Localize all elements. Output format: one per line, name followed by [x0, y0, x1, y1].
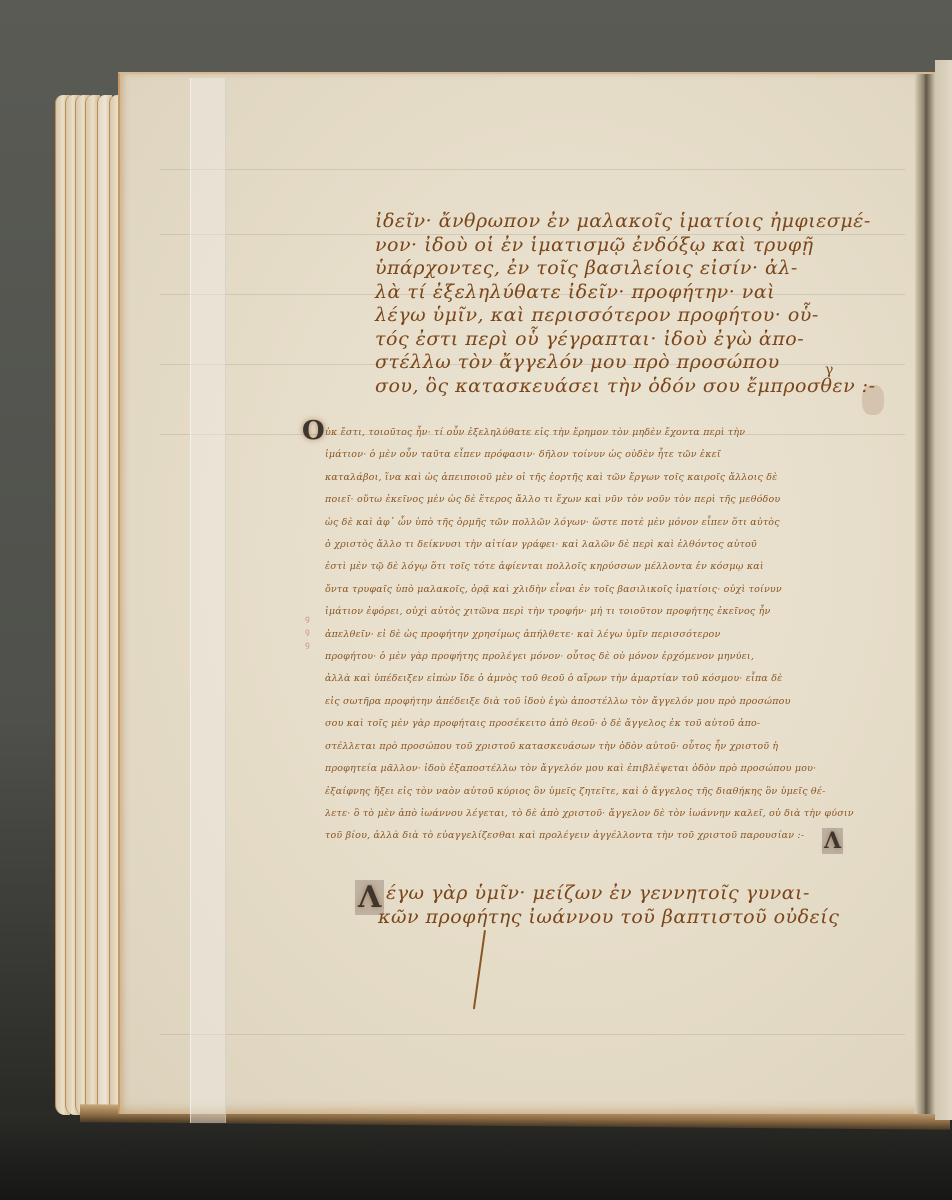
- commentary-line: προφήτου· ὁ μὲν γὰρ προφήτης προλέγει μό…: [325, 646, 855, 668]
- commentary-line: ὡς δὲ καὶ ἀφ᾽ ὧν ὑπὸ τῆς ὁρμῆς τῶν πολλῶ…: [325, 512, 855, 534]
- marginal-initial-lambda: Λ: [822, 828, 843, 854]
- commentary-line: στέλλεται πρὸ προσώπου τοῦ χριστοῦ κατασ…: [325, 736, 855, 758]
- commentary-line: λετε· ὃ τὸ μὲν ἀπὸ ἰωάννου λέγεται, τὸ δ…: [325, 803, 855, 825]
- lemma-line: κῶν προφήτης ἰωάννου τοῦ βαπτιστοῦ οὐδεί…: [378, 906, 848, 930]
- commentary-block: ὐκ ἔστι, τοιοῦτος ἦν· τί οὖν ἐξεληλύθατε…: [325, 422, 855, 848]
- lemma-line: στέλλω τὸν ἄγγελόν μου πρὸ προσώπου: [375, 351, 845, 375]
- lemma-bottom: έγω γὰρ ὑμῖν· μείζων ἐν γεννητοῖς γυναι-…: [378, 882, 848, 929]
- lemma-top: ἰδεῖν· ἄνθρωπον ἐν μαλακοῖς ἱματίοις ἠμφ…: [375, 210, 845, 398]
- commentary-line: ὁ χριστὸς ἄλλο τι δείκνυσι τὴν αἰτίαν γρ…: [325, 534, 855, 556]
- commentary-line: ἐστὶ μὲν τῷ δὲ λόγῳ ὅτι τοῖς τότε ἀφίεντ…: [325, 556, 855, 578]
- rubric-note: ꝯ: [305, 638, 310, 651]
- decorated-initial-omicron: Ο: [302, 416, 325, 446]
- binding-gutter: [915, 74, 935, 1114]
- commentary-line: ἰμάτιον· ὁ μὲν οὖν ταῦτα εἶπεν πρόφασιν·…: [325, 444, 855, 466]
- facing-leaf-edge: [935, 60, 952, 1120]
- lemma-line: λὰ τί ἐξεληλύθατε ἰδεῖν· προφήτην· ναὶ: [375, 281, 845, 305]
- commentary-line: ἀλλὰ καὶ ὑπέδειξεν εἰπὼν ἴδε ὁ ἀμνὸς τοῦ…: [325, 668, 855, 690]
- faded-rubric-notes: ꝯ ꝯ ꝯ: [305, 612, 310, 651]
- lemma-line: λέγω ὑμῖν, καὶ περισσότερον προφήτου· οὗ…: [375, 304, 845, 328]
- commentary-line: εἰς σωτῆρα προφήτην ἀπέδειξε διὰ τοῦ ἰδο…: [325, 691, 855, 713]
- commentary-line: καταλάβοι, ἵνα καὶ ὡς ἀπειποιοῦ μὲν οἱ τ…: [325, 467, 855, 489]
- margin-mark: γ: [825, 362, 833, 378]
- repair-tape-strip: [190, 78, 226, 1123]
- commentary-line: ἐξαίφνης ἥξει εἰς τὸν ναὸν αὐτοῦ κύριος …: [325, 781, 855, 803]
- commentary-line: προφητεία μᾶλλον· ἰδοὺ ἐξαποστέλλω τὸν ἄ…: [325, 758, 855, 780]
- lemma-line: έγω γὰρ ὑμῖν· μείζων ἐν γεννητοῖς γυναι-: [378, 882, 848, 906]
- commentary-line: ὄντα τρυφαῖς ὑπὸ μαλακοῖς, ὁρᾷ καὶ χλιδὴ…: [325, 579, 855, 601]
- commentary-line: τοῦ βίου, ἀλλὰ διὰ τὸ εὐαγγελίζεσθαι καὶ…: [325, 825, 855, 847]
- commentary-line: ἱμάτιον ἐφόρει, οὐχὶ αὐτὸς χιτῶνα περὶ τ…: [325, 601, 855, 623]
- lemma-line: ὑπάρχοντες, ἐν τοῖς βασιλείοις εἰσίν· ἀλ…: [375, 257, 845, 281]
- lemma-line: ἰδεῖν· ἄνθρωπον ἐν μαλακοῖς ἱματίοις ἠμφ…: [375, 210, 845, 234]
- rubric-note: ꝯ: [305, 625, 310, 638]
- commentary-line: ὐκ ἔστι, τοιοῦτος ἦν· τί οὖν ἐξεληλύθατε…: [325, 422, 855, 444]
- commentary-line: ποιεῖ· οὕτω ἐκεῖνος μὲν ὡς δὲ ἕτερος ἄλλ…: [325, 489, 855, 511]
- lemma-line: σου, ὃς κατασκευάσει τὴν ὁδόν σου ἔμπροσ…: [375, 375, 845, 399]
- lemma-line: νον· ἰδοὺ οἱ ἐν ἱματισμῷ ἐνδόξῳ καὶ τρυφ…: [375, 234, 845, 258]
- lemma-line: τός ἐστι περὶ οὗ γέγραπται· ἰδοὺ ἐγὼ ἀπο…: [375, 328, 845, 352]
- commentary-line: σου καὶ τοῖς μὲν γὰρ προφήταις προσέκειτ…: [325, 713, 855, 735]
- rubric-note: ꝯ: [305, 612, 310, 625]
- commentary-line: ἀπελθεῖν· εἰ δὲ ὡς προφήτην χρησίμως ἀπή…: [325, 624, 855, 646]
